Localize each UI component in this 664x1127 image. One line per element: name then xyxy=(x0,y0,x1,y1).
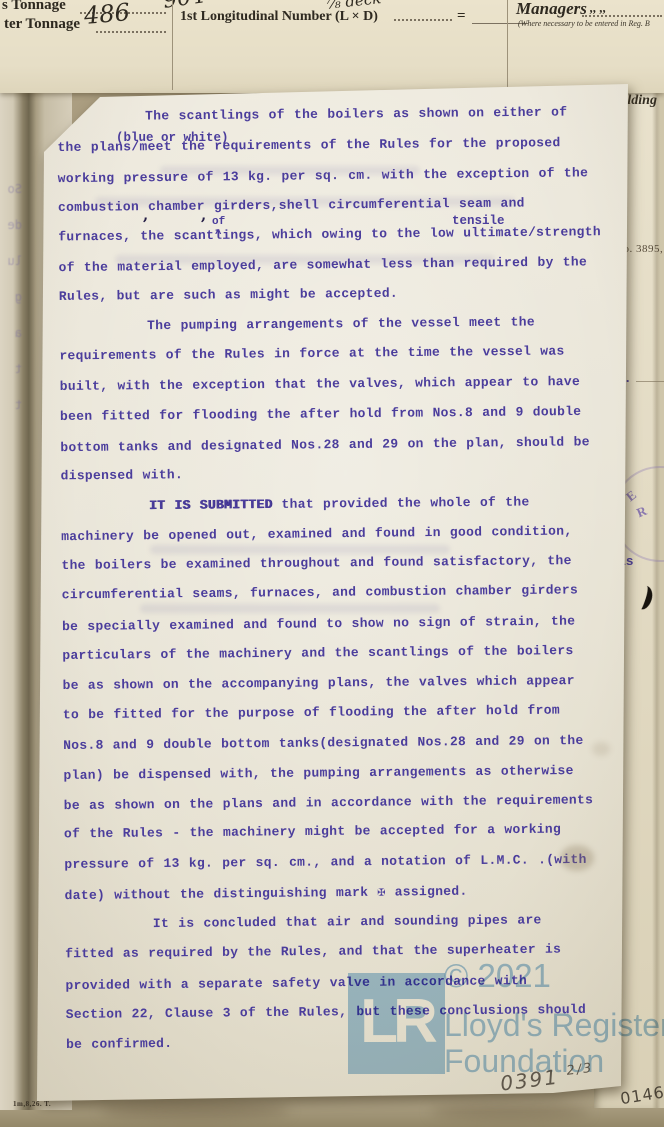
ink-mark: , xyxy=(143,206,148,224)
typed-report-page: -2- The scantlings of the boilers as sho… xyxy=(0,0,664,1127)
typed-line: been fitted for flooding the after hold … xyxy=(60,397,608,432)
typed-report-page-wrap: -2- The scantlings of the boilers as sho… xyxy=(0,0,664,1127)
watermark-name-line1: Lloyd's Register xyxy=(444,1007,664,1044)
typed-line: The scantlings of the boilers as shown o… xyxy=(57,97,605,132)
ink-smudge xyxy=(560,845,594,871)
typed-line: working pressure of 13 kg. per sq. cm. w… xyxy=(58,158,606,194)
typed-text-block: The scantlings of the boilers as shown o… xyxy=(57,98,614,1060)
typed-line: of the Rules - the machinery might be ac… xyxy=(64,814,612,849)
typed-line: be specially examined and found to show … xyxy=(62,606,610,642)
watermark-logo-square: LR xyxy=(348,973,445,1074)
ink-smudge xyxy=(592,742,610,756)
pencil-ref-fraction: 2/3 xyxy=(566,1061,595,1079)
insertion-tensile: tensile xyxy=(452,214,505,228)
insertion-of: of xyxy=(212,216,225,228)
insertion-caret: ^ xyxy=(215,229,222,241)
typed-line: date) without the distinguishing mark ✠ … xyxy=(64,875,612,911)
printers-code: 1m,8,26. T. xyxy=(13,1100,51,1108)
lr-logo: LR xyxy=(360,986,433,1057)
typed-line: furnaces, the scantlings, which owing to… xyxy=(58,217,606,252)
typed-line: pressure of 13 kg. per sq. cm., and a no… xyxy=(64,845,612,880)
typed-line: circumferential seams, furnaces, and com… xyxy=(62,575,610,610)
typed-line: Nos.8 and 9 double bottom tanks(designat… xyxy=(63,725,611,760)
scanned-document: Sodelugatt Lisb Lisb e building No. 3895… xyxy=(0,0,664,1127)
insertion-blue-or-white: (blue or white) xyxy=(116,131,229,145)
typed-line: requirements of the Rules in force at th… xyxy=(59,336,607,371)
watermark-copyright: © 2021 xyxy=(444,957,551,995)
typed-line: dispensed with. xyxy=(60,456,608,491)
overstruck-text: IT IS SUBMITTED xyxy=(149,497,273,513)
page-number: -2- xyxy=(251,58,279,74)
corner-fold-crease xyxy=(0,40,39,94)
ink-mark: , xyxy=(201,206,206,224)
typed-line: to be fitted for the purpose of flooding… xyxy=(63,695,611,730)
